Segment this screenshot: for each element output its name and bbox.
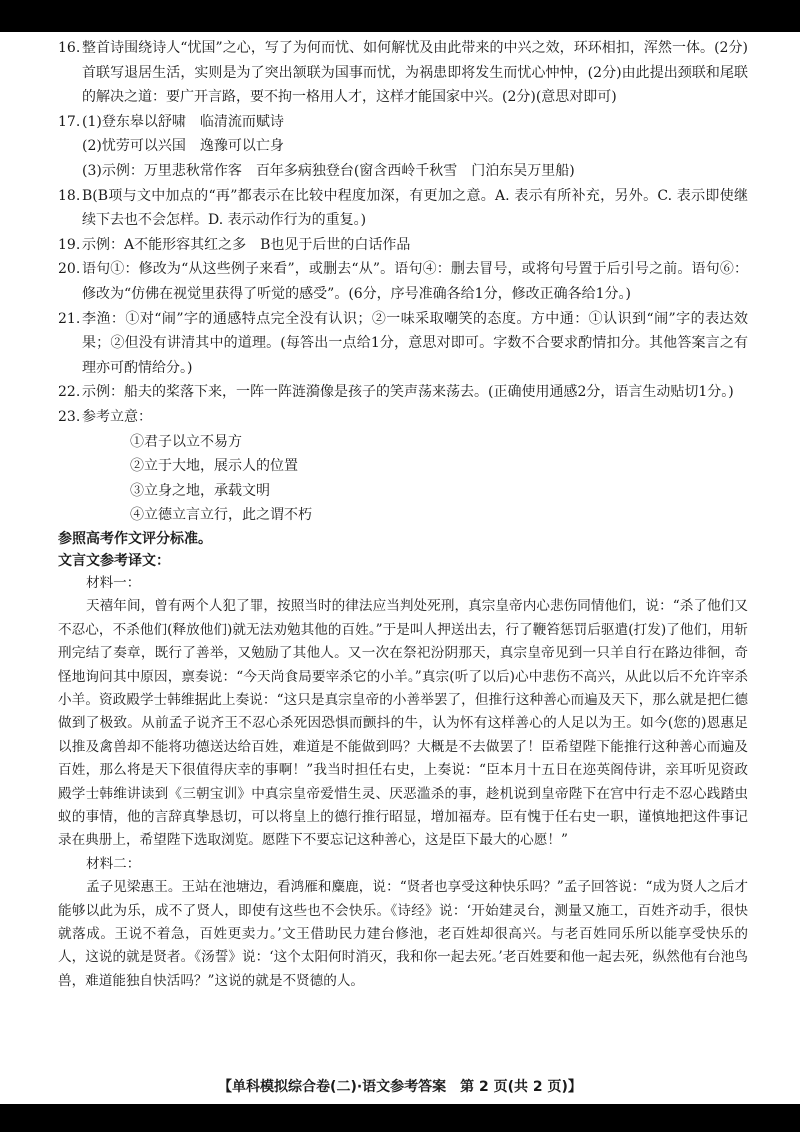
idea-point: ②立于大地，展示人的位置 <box>82 454 748 479</box>
translation-section: 材料一： 天禧年间，曾有两个人犯了罪，按照当时的律法应当判处死刑，真宗皇帝内心悲… <box>58 572 748 993</box>
question-number: 21. <box>58 307 80 332</box>
page-footer: 【单科模拟综合卷(二)·语文参考答案 第 2 页(共 2 页)】 <box>0 1076 800 1096</box>
answer-text: 示例：A不能形容其红之多 B也见于后世的白话作品 <box>82 237 410 253</box>
question-number: 23. <box>58 405 80 430</box>
material-1-text: 天禧年间，曾有两个人犯了罪，按照当时的律法应当判处死刑，真宗皇帝内心悲伤同情他们… <box>58 595 748 852</box>
answer-22: 22. 示例：船夫的桨落下来，一阵一阵涟漪像是孩子的笑声荡来荡去。(正确使用通感… <box>58 380 748 405</box>
question-number: 20. <box>58 257 80 282</box>
question-number: 22. <box>58 380 80 405</box>
answer-16: 16. 整首诗围绕诗人“忧国”之心，写了为何而忧、如何解忧及由此带来的中兴之效，… <box>58 36 748 110</box>
answer-23-title: 参考立意： <box>82 405 748 430</box>
idea-point: ①君子以立不易方 <box>82 430 748 455</box>
answer-18: 18. B(B项与文中加点的“再”都表示在比较中程度加深，有更加之意。A. 表示… <box>58 184 748 233</box>
answer-text: 示例：船夫的桨落下来，一阵一阵涟漪像是孩子的笑声荡来荡去。(正确使用通感2分，语… <box>82 384 734 400</box>
material-1-title: 材料一： <box>58 572 748 595</box>
answer-text: 李渔：①对“闹”字的通感特点完全没有认识；②一味采取嘲笑的态度。方中通：①认识到… <box>82 311 748 376</box>
answer-text: B(B项与文中加点的“再”都表示在比较中程度加深，有更加之意。A. 表示有所补充… <box>82 188 748 229</box>
answer-key-page: 16. 整首诗围绕诗人“忧国”之心，写了为何而忧、如何解忧及由此带来的中兴之效，… <box>58 36 748 993</box>
answer-19: 19. 示例：A不能形容其红之多 B也见于后世的白话作品 <box>58 233 748 258</box>
answer-text: 整首诗围绕诗人“忧国”之心，写了为何而忧、如何解忧及由此带来的中兴之效，环环相扣… <box>82 40 748 105</box>
material-2-text: 孟子见梁惠王。王站在池塘边，看鸿雁和麋鹿，说：“贤者也享受这种快乐吗？”孟子回答… <box>58 876 748 993</box>
answer-17: 17. (1)登东皋以舒啸 临清流而赋诗 (2)忧劳可以兴国 逸豫可以亡身 (3… <box>58 110 748 184</box>
idea-point: ③立身之地，承载文明 <box>82 479 748 504</box>
answer-20: 20. 语句①：修改为“从这些例子来看”，或删去“从”。语句④：删去冒号，或将句… <box>58 257 748 306</box>
material-2-title: 材料二： <box>58 853 748 876</box>
answer-text: 语句①：修改为“从这些例子来看”，或删去“从”。语句④：删去冒号，或将句号置于后… <box>82 261 748 302</box>
answer-line: (1)登东皋以舒啸 临清流而赋诗 <box>82 110 748 135</box>
essay-standard-note: 参照高考作文评分标准。 <box>58 528 748 550</box>
answers-section: 16. 整首诗围绕诗人“忧国”之心，写了为何而忧、如何解忧及由此带来的中兴之效，… <box>58 36 748 528</box>
bottom-black-border <box>0 1104 800 1132</box>
answer-line: (2)忧劳可以兴国 逸豫可以亡身 <box>82 134 748 159</box>
question-number: 19. <box>58 233 80 258</box>
question-number: 17. <box>58 110 80 135</box>
answer-23: 23. 参考立意： ①君子以立不易方 ②立于大地，展示人的位置 ③立身之地，承载… <box>58 405 748 528</box>
question-number: 18. <box>58 184 80 209</box>
translation-heading: 文言文参考译文： <box>58 550 748 572</box>
answer-line: (3)示例：万里悲秋常作客 百年多病独登台(窗含西岭千秋雪 门泊东吴万里船) <box>82 159 748 184</box>
question-number: 16. <box>58 36 80 61</box>
idea-point: ④立德立言立行，此之谓不朽 <box>82 503 748 528</box>
answer-21: 21. 李渔：①对“闹”字的通感特点完全没有认识；②一味采取嘲笑的态度。方中通：… <box>58 307 748 381</box>
top-black-border <box>0 0 800 32</box>
